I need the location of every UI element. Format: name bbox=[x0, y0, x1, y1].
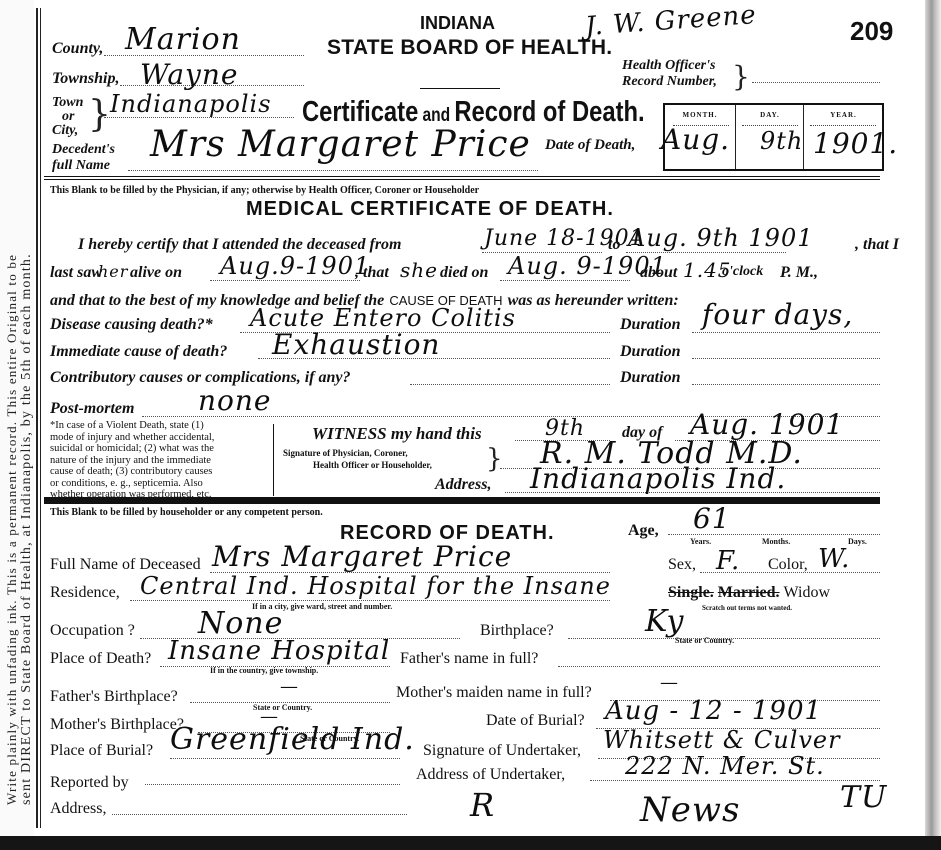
immediate-label: Immediate cause of death? bbox=[50, 343, 227, 361]
town-label: Town or City, bbox=[52, 96, 83, 138]
full-name-field[interactable]: Mrs Margaret Price bbox=[212, 540, 512, 573]
death-year-field[interactable]: 1901. bbox=[813, 127, 898, 160]
occupation-label: Occupation ? bbox=[50, 622, 135, 640]
header-rule-1 bbox=[44, 176, 880, 177]
days-label: Days. bbox=[848, 537, 867, 546]
mothers-maiden-field[interactable]: — bbox=[660, 672, 679, 693]
violent-death-note: *In case of a Violent Death, state (1) m… bbox=[50, 420, 214, 501]
birthplace-label: Birthplace? bbox=[480, 622, 554, 640]
last-saw-label: last saw bbox=[50, 264, 102, 282]
undertaker-signature-label: Signature of Undertaker, bbox=[423, 742, 581, 760]
mothers-birthplace-label: Mother's Birthplace? bbox=[50, 716, 184, 734]
signature-label-2: Health Officer or Householder, bbox=[313, 460, 432, 470]
header-divider bbox=[420, 88, 500, 89]
place-of-burial-field[interactable]: Greenfield Ind. bbox=[170, 722, 415, 757]
date-of-death-label: Date of Death, bbox=[545, 137, 635, 154]
about-label: about bbox=[640, 264, 677, 282]
death-month-field[interactable]: Aug. bbox=[661, 123, 730, 156]
ampm-field[interactable]: P. M., bbox=[780, 264, 818, 282]
date-of-burial-field[interactable]: Aug - 12 - 1901 bbox=[605, 696, 822, 726]
residence-line bbox=[130, 600, 610, 601]
footer-mark-r: R bbox=[470, 786, 495, 824]
town-label-1: Town bbox=[52, 96, 83, 110]
postmortem-label: Post-mortem bbox=[50, 400, 134, 418]
record-number-stamp: 209 bbox=[850, 16, 893, 47]
fathers-name-field[interactable] bbox=[558, 666, 880, 667]
bottom-edge bbox=[0, 836, 941, 850]
pronoun-field-1[interactable]: her bbox=[98, 262, 128, 281]
place-of-death-hint: If in the country, give township. bbox=[210, 666, 318, 675]
place-of-death-field[interactable]: Insane Hospital bbox=[168, 636, 390, 666]
witness-address-label: Address, bbox=[435, 476, 491, 494]
marital-widow-option[interactable]: Widow bbox=[784, 584, 830, 601]
day-header: DAY. bbox=[736, 111, 804, 119]
marital-single-option[interactable]: Single. bbox=[668, 584, 714, 601]
medical-blank-note: This Blank to be filled by the Physician… bbox=[50, 185, 479, 196]
violent-note-line: or conditions, e. g., septicemia. Also bbox=[50, 478, 214, 490]
decedent-line bbox=[128, 170, 538, 171]
health-officer-label: Health Officer's bbox=[622, 58, 715, 74]
margin-instruction-line-2: sent DIRECT to State Board of Health, at… bbox=[19, 253, 35, 805]
note-divider bbox=[273, 424, 274, 496]
medical-title: MEDICAL CERTIFICATE OF DEATH. bbox=[246, 198, 614, 221]
died-on-label: died on bbox=[440, 264, 488, 282]
record-blank-note: This Blank to be filled by householder o… bbox=[50, 507, 323, 518]
township-field[interactable]: Wayne bbox=[140, 58, 238, 91]
header-board: STATE BOARD OF HEALTH. bbox=[327, 36, 612, 60]
postmortem-field[interactable]: none bbox=[198, 384, 272, 417]
date-of-burial-label: Date of Burial? bbox=[486, 712, 585, 730]
disease-label: Disease causing death?* bbox=[50, 316, 213, 334]
age-label: Age, bbox=[628, 522, 659, 540]
brace: } bbox=[732, 60, 750, 93]
disease-duration-field[interactable]: four days, bbox=[702, 298, 853, 331]
undertaker-address-line bbox=[590, 780, 880, 781]
margin-instruction-line-1: Write plainly with unfading ink. This is… bbox=[4, 254, 20, 805]
disease-duration-label: Duration bbox=[620, 316, 680, 334]
sex-label: Sex, bbox=[668, 556, 696, 574]
record-number-label: Record Number, bbox=[622, 74, 717, 90]
header-rule-2 bbox=[44, 179, 880, 180]
record-number-field[interactable] bbox=[752, 82, 880, 83]
residence-label: Residence, bbox=[50, 584, 120, 602]
year-underline bbox=[810, 125, 876, 126]
decedent-label: Decedent's full Name bbox=[52, 142, 115, 174]
undertaker-signature-field[interactable]: Whitsett & Culver bbox=[603, 726, 841, 754]
residence-field[interactable]: Central Ind. Hospital for the Insane bbox=[140, 572, 611, 600]
contributory-field[interactable] bbox=[410, 384, 610, 385]
belief-text-3: was as hereunder written: bbox=[508, 292, 679, 309]
town-label-2: or bbox=[52, 110, 83, 124]
header-state: INDIANA bbox=[420, 13, 495, 34]
marital-hint: Scratch out terms not wanted. bbox=[702, 604, 792, 612]
decedent-label-2: full Name bbox=[52, 158, 115, 174]
place-of-burial-label: Place of Burial? bbox=[50, 742, 153, 760]
reporter-address-field[interactable] bbox=[112, 814, 407, 815]
brace: } bbox=[88, 94, 111, 135]
oclock-label: o'clock bbox=[722, 264, 763, 280]
last-seen-field[interactable]: Aug.9-1901 bbox=[220, 252, 370, 280]
year-header: YEAR. bbox=[804, 111, 883, 119]
place-of-burial-line bbox=[170, 758, 400, 759]
reporter-address-label: Address, bbox=[50, 800, 106, 818]
violent-note-line: cause of death; (3) contributory causes bbox=[50, 466, 214, 478]
title-and: and bbox=[422, 105, 450, 126]
months-label: Months. bbox=[762, 537, 790, 546]
undertaker-address-field[interactable]: 222 N. Mer. St. bbox=[625, 752, 825, 780]
attended-from-field[interactable]: June 18-1901 bbox=[484, 226, 645, 251]
birthplace-field[interactable]: Ky bbox=[645, 604, 684, 639]
witness-address-field[interactable]: Indianapolis Ind. bbox=[530, 462, 786, 495]
town-label-3: City, bbox=[52, 124, 83, 138]
violent-note-line: *In case of a Violent Death, state (1) bbox=[50, 420, 214, 432]
disease-duration-line bbox=[692, 332, 880, 333]
margin-rule-inner bbox=[40, 8, 41, 828]
violent-note-line: suicidal or homicidal; (2) what was the bbox=[50, 443, 214, 455]
witness-label: WITNESS my hand this bbox=[312, 424, 482, 444]
years-label: Years. bbox=[690, 537, 711, 546]
immediate-duration-field[interactable] bbox=[692, 358, 880, 359]
died-on-line bbox=[500, 280, 630, 281]
township-label: Township, bbox=[52, 70, 119, 88]
violent-note-line: nature of the injury and the immediate bbox=[50, 455, 214, 467]
reported-by-label: Reported by bbox=[50, 774, 129, 792]
decedent-label-1: Decedent's bbox=[52, 142, 115, 158]
attended-to-field[interactable]: Aug. 9th 1901 bbox=[628, 224, 814, 252]
date-of-death-box: MONTH. DAY. YEAR. Aug. 9th 1901. bbox=[663, 103, 884, 171]
scan-edge bbox=[925, 0, 941, 850]
footer-mark-news: News bbox=[640, 790, 740, 830]
contributory-duration-field[interactable] bbox=[692, 384, 880, 385]
immediate-duration-label: Duration bbox=[620, 343, 680, 361]
health-officer-signature: J. W. Greene bbox=[584, 0, 757, 42]
death-day-field[interactable]: 9th bbox=[760, 127, 803, 155]
immediate-field[interactable]: Exhaustion bbox=[272, 328, 440, 361]
that-i-label: , that I bbox=[855, 236, 899, 254]
county-label: County, bbox=[52, 40, 103, 58]
age-years-field[interactable]: 61 bbox=[693, 502, 731, 535]
mothers-maiden-label: Mother's maiden name in full? bbox=[396, 684, 592, 702]
fathers-birthplace-label: Father's Birthplace? bbox=[50, 688, 178, 706]
county-field[interactable]: Marion bbox=[125, 22, 241, 57]
fathers-name-label: Father's name in full? bbox=[400, 650, 538, 668]
violent-note-line: mode of injury and whether accidental, bbox=[50, 432, 214, 444]
town-field[interactable]: Indianapolis bbox=[110, 90, 272, 118]
marital-married-option[interactable]: Married. bbox=[718, 584, 780, 601]
section-divider bbox=[44, 497, 880, 504]
pronoun-field-2[interactable]: she bbox=[400, 258, 438, 282]
alive-on-label: alive on bbox=[130, 264, 182, 282]
contributory-duration-label: Duration bbox=[620, 369, 680, 387]
marital-status: Single. Married. Widow bbox=[668, 584, 830, 602]
undertaker-address-label: Address of Undertaker, bbox=[416, 766, 565, 784]
color-field[interactable]: W. bbox=[818, 544, 850, 574]
brace: } bbox=[486, 444, 503, 474]
last-seen-line bbox=[210, 280, 360, 281]
that-label: , that bbox=[355, 264, 389, 282]
sex-color-line bbox=[700, 572, 880, 573]
margin-rule bbox=[36, 8, 38, 828]
decedent-name-field[interactable]: Mrs Margaret Price bbox=[150, 124, 531, 165]
footer-mark-tu: TU bbox=[840, 780, 887, 815]
place-of-death-label: Place of Death? bbox=[50, 650, 151, 668]
signature-label-1: Signature of Physician, Coroner, bbox=[283, 448, 408, 458]
day-underline bbox=[742, 125, 798, 126]
birthplace-hint: State or Country. bbox=[675, 636, 734, 645]
reported-by-field[interactable] bbox=[145, 784, 400, 785]
month-header: MONTH. bbox=[665, 111, 735, 119]
fathers-birthplace-field[interactable]: — bbox=[280, 676, 299, 697]
